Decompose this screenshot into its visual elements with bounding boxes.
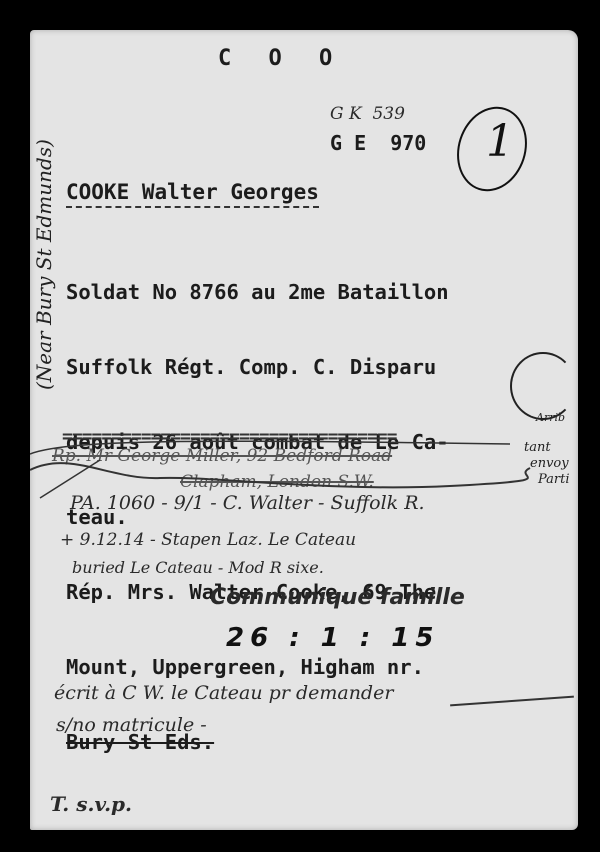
stamp-label: Communiqué famille: [210, 585, 465, 610]
body-line: Soldat No 8766 au 2me Bataillon: [66, 280, 449, 305]
bottom-note-line: s/no matricule -: [56, 714, 207, 736]
bottom-note-line: écrit à C W. le Cateau pr demander: [54, 682, 393, 704]
body-line: Mount, Uppergreen, Higham nr.: [66, 655, 449, 680]
handwritten-entry: PA. 1060 - 9/1 - C. Walter - Suffolk R.: [70, 492, 425, 514]
right-note-3: Parti: [538, 472, 570, 487]
circled-number: 1: [486, 116, 514, 167]
left-margin-note: (Near Bury St Edmunds): [32, 139, 56, 390]
right-note-2: envoy: [530, 456, 569, 471]
index-code: C O O: [218, 46, 344, 71]
handwritten-entry: + 9.12.14 - Stapen Laz. Le Cateau: [60, 530, 356, 550]
overline-mark: [450, 696, 574, 707]
body-line: Suffolk Régt. Comp. C. Disparu: [66, 355, 449, 380]
reference-ge: G E 970: [330, 131, 426, 155]
right-note-1: tant: [524, 440, 551, 455]
reference-gk: G K 539: [330, 104, 405, 124]
stamp-date: 26 : 1 : 15: [226, 623, 439, 653]
right-note-top: Arrib: [536, 410, 565, 425]
footer-tsvp: T. s.v.p.: [50, 792, 132, 816]
soldier-name: COOKE Walter Georges: [66, 180, 319, 208]
index-card: C O O G K 539 G E 970 1 COOKE Walter Geo…: [30, 30, 578, 830]
handwritten-entry: buried Le Cateau - Mod R sixe.: [72, 558, 324, 577]
